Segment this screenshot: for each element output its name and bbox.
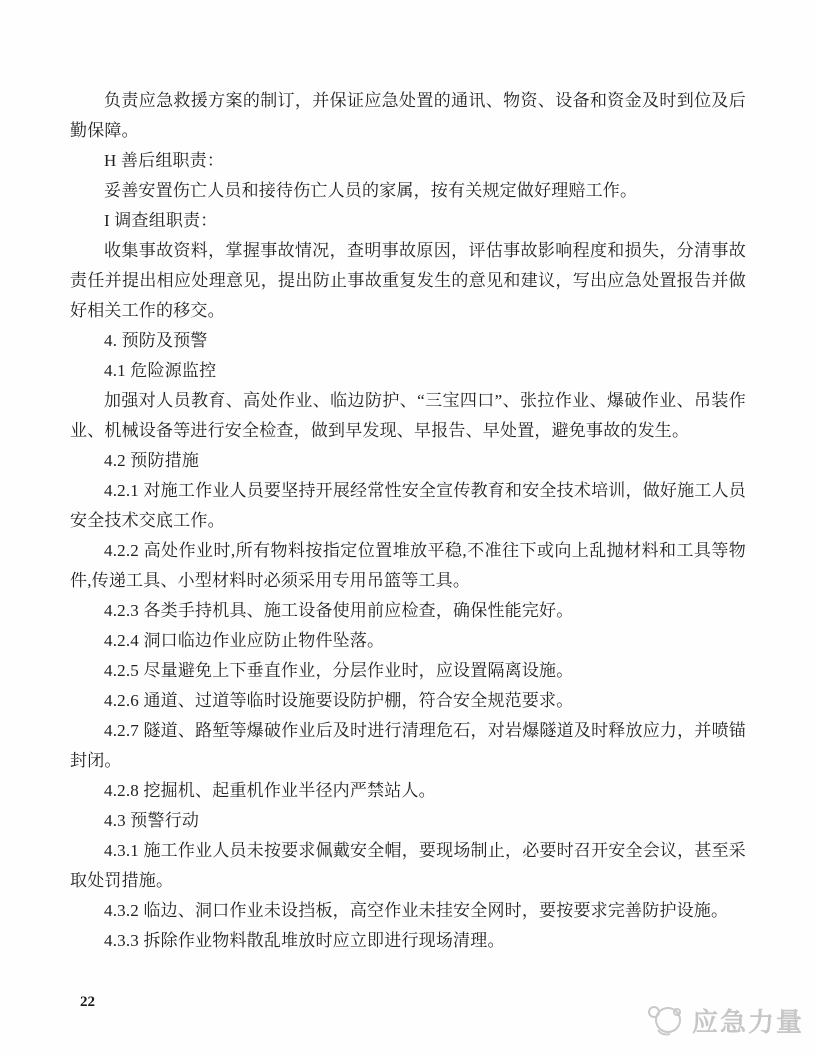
paragraph: 4.2.5 尽量避免上下垂直作业，分层作业时，应设置隔离设施。: [70, 656, 746, 686]
watermark-logo: 应急力量: [644, 1000, 804, 1040]
page-number: 22: [80, 994, 95, 1011]
paragraph: 4.3.1 施工作业人员未按要求佩戴安全帽，要现场制止，必要时召开安全会议，甚至…: [70, 836, 746, 896]
paragraph: 加强对人员教育、高处作业、临边防护、“三宝四口”、张拉作业、爆破作业、吊装作业、…: [70, 386, 746, 446]
section-heading-4-3: 4.3 预警行动: [70, 806, 746, 836]
watermark-text: 应急力量: [692, 1002, 804, 1039]
paragraph: 4.2.1 对施工作业人员要坚持开展经常性安全宣传教育和安全技术培训，做好施工人…: [70, 476, 746, 536]
paragraph: 4.2.8 挖掘机、起重机作业半径内严禁站人。: [70, 776, 746, 806]
panda-logo-icon: [644, 1000, 686, 1040]
paragraph: 4.2.3 各类手持机具、施工设备使用前应检查，确保性能完好。: [70, 596, 746, 626]
paragraph: 4.2.6 通道、过道等临时设施要设防护棚，符合安全规范要求。: [70, 686, 746, 716]
paragraph: 4.3.3 拆除作业物料散乱堆放时应立即进行现场清理。: [70, 926, 746, 956]
paragraph: 4.2.7 隧道、路堑等爆破作业后及时进行清理危石，对岩爆隧道及时释放应力，并喷…: [70, 716, 746, 776]
document-page: 负责应急救援方案的制订，并保证应急处置的通讯、物资、设备和资金及时到位及后勤保障…: [0, 0, 816, 1056]
paragraph: 4.3.2 临边、洞口作业未设挡板，高空作业未挂安全网时，要按要求完善防护设施。: [70, 896, 746, 926]
paragraph: 负责应急救援方案的制订，并保证应急处置的通讯、物资、设备和资金及时到位及后勤保障…: [70, 86, 746, 146]
section-heading-4-2: 4.2 预防措施: [70, 446, 746, 476]
paragraph: I 调查组职责：: [70, 206, 746, 236]
paragraph: 妥善安置伤亡人员和接待伤亡人员的家属，按有关规定做好理赔工作。: [70, 176, 746, 206]
paragraph: 4.2.4 洞口临边作业应防止物件坠落。: [70, 626, 746, 656]
paragraph: 收集事故资料，掌握事故情况，查明事故原因，评估事故影响程度和损失，分清事故责任并…: [70, 236, 746, 326]
paragraph: H 善后组职责：: [70, 146, 746, 176]
paragraph: 4.2.2 高处作业时,所有物料按指定位置堆放平稳,不准往下或向上乱抛材料和工具…: [70, 536, 746, 596]
section-heading-4-1: 4.1 危险源监控: [70, 356, 746, 386]
document-body: 负责应急救援方案的制订，并保证应急处置的通讯、物资、设备和资金及时到位及后勤保障…: [70, 86, 746, 956]
section-heading-4: 4. 预防及预警: [70, 326, 746, 356]
